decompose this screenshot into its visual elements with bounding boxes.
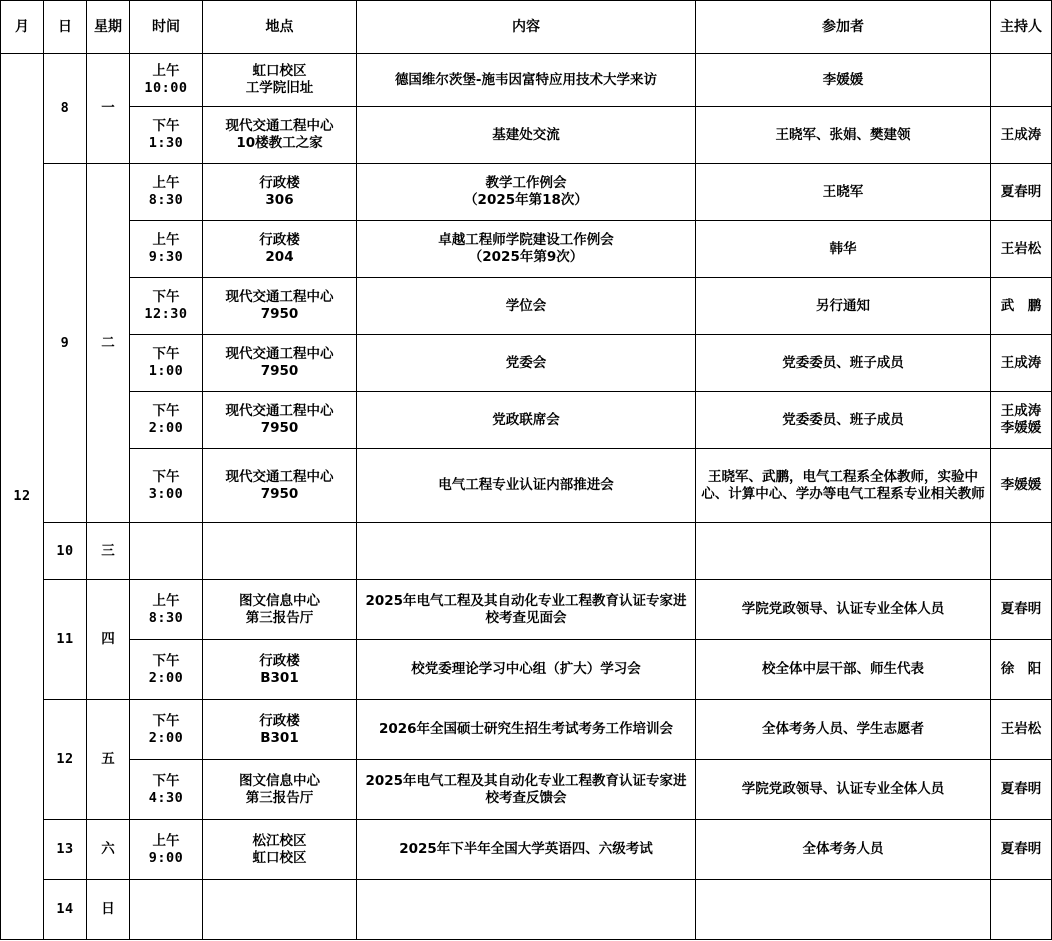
time-period: 上午 bbox=[132, 593, 200, 610]
weekday-value: 一 bbox=[101, 100, 115, 116]
host-value: 徐 阳 bbox=[993, 661, 1049, 678]
weekday-value: 五 bbox=[101, 751, 115, 767]
day-cell: 11 bbox=[44, 580, 87, 700]
location-value: 现代交通工程中心 10楼教工之家 bbox=[205, 118, 354, 152]
content-value: 2025年电气工程及其自动化专业工程教育认证专家进校考查见面会 bbox=[359, 593, 693, 627]
participants-cell: 王晓军、武鹏，电气工程系全体教师，实验中心、计算中心、学办等电气工程系专业相关教… bbox=[696, 449, 991, 523]
weekday-value: 二 bbox=[101, 335, 115, 351]
location-cell: 现代交通工程中心 7950 bbox=[203, 392, 357, 449]
table-row: 下午3:00现代交通工程中心 7950电气工程专业认证内部推进会王晓军、武鹏，电… bbox=[1, 449, 1052, 523]
content-cell: 2025年电气工程及其自动化专业工程教育认证专家进校考查反馈会 bbox=[357, 760, 696, 820]
participants-value: 校全体中层干部、师生代表 bbox=[698, 661, 988, 678]
content-value: 学位会 bbox=[359, 298, 693, 315]
table-row: 上午9:30行政楼 204卓越工程师学院建设工作例会 （2025年第9次）韩华王… bbox=[1, 221, 1052, 278]
time-period: 下午 bbox=[132, 469, 200, 486]
host-value: 王岩松 bbox=[993, 721, 1049, 738]
time-cell: 上午9:30 bbox=[130, 221, 203, 278]
participants-cell bbox=[696, 523, 991, 580]
day-value: 11 bbox=[56, 631, 73, 647]
location-value: 图文信息中心 第三报告厅 bbox=[205, 593, 354, 627]
time-period: 上午 bbox=[132, 63, 200, 80]
time-period: 下午 bbox=[132, 653, 200, 670]
content-value: 电气工程专业认证内部推进会 bbox=[359, 477, 693, 494]
time-cell: 下午3:00 bbox=[130, 449, 203, 523]
time-cell: 下午4:30 bbox=[130, 760, 203, 820]
day-value: 10 bbox=[56, 543, 73, 559]
time-value: 2:00 bbox=[132, 670, 200, 687]
content-cell: 2025年电气工程及其自动化专业工程教育认证专家进校考查见面会 bbox=[357, 580, 696, 640]
time-period: 上午 bbox=[132, 232, 200, 249]
participants-cell: 另行通知 bbox=[696, 278, 991, 335]
host-cell: 王成涛 李媛媛 bbox=[991, 392, 1052, 449]
participants-value: 学院党政领导、认证专业全体人员 bbox=[698, 601, 988, 618]
time-cell bbox=[130, 523, 203, 580]
location-cell: 行政楼 B301 bbox=[203, 640, 357, 700]
participants-cell: 王晓军 bbox=[696, 164, 991, 221]
time-value: 4:30 bbox=[132, 790, 200, 807]
weekday-cell: 二 bbox=[87, 164, 130, 523]
location-cell: 图文信息中心 第三报告厅 bbox=[203, 760, 357, 820]
host-cell: 夏春明 bbox=[991, 580, 1052, 640]
participants-cell: 党委委员、班子成员 bbox=[696, 392, 991, 449]
host-value: 王成涛 bbox=[993, 355, 1049, 372]
host-cell: 徐 阳 bbox=[991, 640, 1052, 700]
weekday-value: 六 bbox=[101, 841, 115, 857]
host-cell: 王成涛 bbox=[991, 107, 1052, 164]
time-cell: 上午8:30 bbox=[130, 580, 203, 640]
header-weekday: 星期 bbox=[87, 1, 130, 54]
header-participants: 参加者 bbox=[696, 1, 991, 54]
table-row: 下午2:00行政楼 B301校党委理论学习中心组（扩大）学习会校全体中层干部、师… bbox=[1, 640, 1052, 700]
participants-cell: 王晓军、张娟、樊建领 bbox=[696, 107, 991, 164]
day-cell: 8 bbox=[44, 54, 87, 164]
participants-cell: 党委委员、班子成员 bbox=[696, 335, 991, 392]
content-cell: 校党委理论学习中心组（扩大）学习会 bbox=[357, 640, 696, 700]
location-cell bbox=[203, 523, 357, 580]
time-value: 8:30 bbox=[132, 192, 200, 209]
table-row: 下午2:00现代交通工程中心 7950党政联席会党委委员、班子成员王成涛 李媛媛 bbox=[1, 392, 1052, 449]
participants-cell: 李媛媛 bbox=[696, 54, 991, 107]
content-cell: 电气工程专业认证内部推进会 bbox=[357, 449, 696, 523]
content-value: 教学工作例会 （2025年第18次） bbox=[359, 175, 693, 209]
content-cell: 党政联席会 bbox=[357, 392, 696, 449]
time-cell: 下午2:00 bbox=[130, 640, 203, 700]
day-cell: 13 bbox=[44, 820, 87, 880]
host-cell: 王岩松 bbox=[991, 221, 1052, 278]
time-period: 下午 bbox=[132, 118, 200, 135]
table-row: 下午4:30图文信息中心 第三报告厅2025年电气工程及其自动化专业工程教育认证… bbox=[1, 760, 1052, 820]
location-value: 现代交通工程中心 7950 bbox=[205, 403, 354, 437]
host-value: 王成涛 李媛媛 bbox=[993, 403, 1049, 437]
host-value: 李媛媛 bbox=[993, 477, 1049, 494]
content-cell: 党委会 bbox=[357, 335, 696, 392]
table-row: 13六上午9:00松江校区 虹口校区2025年下半年全国大学英语四、六级考试全体… bbox=[1, 820, 1052, 880]
host-cell: 夏春明 bbox=[991, 164, 1052, 221]
host-cell: 王岩松 bbox=[991, 700, 1052, 760]
host-cell: 李媛媛 bbox=[991, 449, 1052, 523]
header-time: 时间 bbox=[130, 1, 203, 54]
time-period: 下午 bbox=[132, 773, 200, 790]
time-cell: 下午12:30 bbox=[130, 278, 203, 335]
location-value: 行政楼 306 bbox=[205, 175, 354, 209]
participants-value: 另行通知 bbox=[698, 298, 988, 315]
content-value: 德国维尔茨堡-施韦因富特应用技术大学来访 bbox=[359, 72, 693, 89]
content-value: 2025年电气工程及其自动化专业工程教育认证专家进校考查反馈会 bbox=[359, 773, 693, 807]
day-value: 8 bbox=[61, 100, 70, 116]
content-value: 卓越工程师学院建设工作例会 （2025年第9次） bbox=[359, 232, 693, 266]
location-value: 现代交通工程中心 7950 bbox=[205, 469, 354, 503]
day-cell: 14 bbox=[44, 880, 87, 940]
host-cell: 夏春明 bbox=[991, 760, 1052, 820]
time-value: 8:30 bbox=[132, 610, 200, 627]
day-cell: 12 bbox=[44, 700, 87, 820]
content-value: 2026年全国硕士研究生招生考试考务工作培训会 bbox=[359, 721, 693, 738]
host-cell bbox=[991, 880, 1052, 940]
content-cell: 基建处交流 bbox=[357, 107, 696, 164]
participants-value: 全体考务人员、学生志愿者 bbox=[698, 721, 988, 738]
content-cell: 2025年下半年全国大学英语四、六级考试 bbox=[357, 820, 696, 880]
time-value: 9:00 bbox=[132, 850, 200, 867]
host-cell: 夏春明 bbox=[991, 820, 1052, 880]
table-row: 12五下午2:00行政楼 B3012026年全国硕士研究生招生考试考务工作培训会… bbox=[1, 700, 1052, 760]
table-row: 10三 bbox=[1, 523, 1052, 580]
host-cell bbox=[991, 523, 1052, 580]
participants-value: 王晓军、张娟、樊建领 bbox=[698, 127, 988, 144]
schedule-body: 128一上午10:00虹口校区 工学院旧址德国维尔茨堡-施韦因富特应用技术大学来… bbox=[1, 54, 1052, 940]
day-cell: 9 bbox=[44, 164, 87, 523]
participants-cell: 学院党政领导、认证专业全体人员 bbox=[696, 580, 991, 640]
time-cell: 下午2:00 bbox=[130, 700, 203, 760]
location-value: 图文信息中心 第三报告厅 bbox=[205, 773, 354, 807]
participants-value: 学院党政领导、认证专业全体人员 bbox=[698, 781, 988, 798]
host-cell: 王成涛 bbox=[991, 335, 1052, 392]
time-value: 1:00 bbox=[132, 363, 200, 380]
location-value: 行政楼 204 bbox=[205, 232, 354, 266]
host-value: 夏春明 bbox=[993, 184, 1049, 201]
month-cell: 12 bbox=[1, 54, 44, 940]
time-cell: 上午9:00 bbox=[130, 820, 203, 880]
table-row: 下午12:30现代交通工程中心 7950学位会另行通知武 鹏 bbox=[1, 278, 1052, 335]
time-value: 9:30 bbox=[132, 249, 200, 266]
time-period: 上午 bbox=[132, 175, 200, 192]
time-cell bbox=[130, 880, 203, 940]
table-row: 下午1:00现代交通工程中心 7950党委会党委委员、班子成员王成涛 bbox=[1, 335, 1052, 392]
weekday-cell: 六 bbox=[87, 820, 130, 880]
content-cell: 2026年全国硕士研究生招生考试考务工作培训会 bbox=[357, 700, 696, 760]
header-content: 内容 bbox=[357, 1, 696, 54]
time-period: 下午 bbox=[132, 289, 200, 306]
content-cell: 教学工作例会 （2025年第18次） bbox=[357, 164, 696, 221]
time-value: 3:00 bbox=[132, 486, 200, 503]
content-value: 党政联席会 bbox=[359, 412, 693, 429]
location-value: 松江校区 虹口校区 bbox=[205, 833, 354, 867]
content-value: 2025年下半年全国大学英语四、六级考试 bbox=[359, 841, 693, 858]
time-value: 1:30 bbox=[132, 135, 200, 152]
content-value: 校党委理论学习中心组（扩大）学习会 bbox=[359, 661, 693, 678]
table-row: 下午1:30现代交通工程中心 10楼教工之家基建处交流王晓军、张娟、樊建领王成涛 bbox=[1, 107, 1052, 164]
weekday-value: 日 bbox=[101, 901, 115, 917]
weekday-value: 三 bbox=[101, 543, 115, 559]
participants-cell: 全体考务人员、学生志愿者 bbox=[696, 700, 991, 760]
content-cell bbox=[357, 523, 696, 580]
host-value: 夏春明 bbox=[993, 601, 1049, 618]
participants-cell: 全体考务人员 bbox=[696, 820, 991, 880]
location-value: 虹口校区 工学院旧址 bbox=[205, 63, 354, 97]
table-row: 11四上午8:30图文信息中心 第三报告厅2025年电气工程及其自动化专业工程教… bbox=[1, 580, 1052, 640]
day-cell: 10 bbox=[44, 523, 87, 580]
header-location: 地点 bbox=[203, 1, 357, 54]
time-cell: 下午1:00 bbox=[130, 335, 203, 392]
content-value: 党委会 bbox=[359, 355, 693, 372]
location-value: 行政楼 B301 bbox=[205, 713, 354, 747]
table-row: 14日 bbox=[1, 880, 1052, 940]
day-value: 13 bbox=[56, 841, 73, 857]
day-value: 9 bbox=[61, 335, 70, 351]
table-row: 128一上午10:00虹口校区 工学院旧址德国维尔茨堡-施韦因富特应用技术大学来… bbox=[1, 54, 1052, 107]
location-value: 行政楼 B301 bbox=[205, 653, 354, 687]
table-row: 9二上午8:30行政楼 306教学工作例会 （2025年第18次）王晓军夏春明 bbox=[1, 164, 1052, 221]
location-value: 现代交通工程中心 7950 bbox=[205, 289, 354, 323]
participants-value: 韩华 bbox=[698, 241, 988, 258]
time-cell: 下午2:00 bbox=[130, 392, 203, 449]
day-value: 14 bbox=[56, 901, 73, 917]
weekday-cell: 五 bbox=[87, 700, 130, 820]
location-cell: 行政楼 B301 bbox=[203, 700, 357, 760]
participants-value: 全体考务人员 bbox=[698, 841, 988, 858]
time-period: 上午 bbox=[132, 833, 200, 850]
location-cell bbox=[203, 880, 357, 940]
time-cell: 下午1:30 bbox=[130, 107, 203, 164]
content-cell: 德国维尔茨堡-施韦因富特应用技术大学来访 bbox=[357, 54, 696, 107]
weekday-cell: 四 bbox=[87, 580, 130, 700]
weekday-cell: 日 bbox=[87, 880, 130, 940]
time-value: 12:30 bbox=[132, 306, 200, 323]
participants-value: 王晓军 bbox=[698, 184, 988, 201]
location-cell: 行政楼 306 bbox=[203, 164, 357, 221]
host-cell: 武 鹏 bbox=[991, 278, 1052, 335]
host-value: 王岩松 bbox=[993, 241, 1049, 258]
content-cell: 学位会 bbox=[357, 278, 696, 335]
participants-value: 王晓军、武鹏，电气工程系全体教师，实验中心、计算中心、学办等电气工程系专业相关教… bbox=[698, 469, 988, 503]
location-cell: 现代交通工程中心 10楼教工之家 bbox=[203, 107, 357, 164]
time-period: 下午 bbox=[132, 346, 200, 363]
host-value: 王成涛 bbox=[993, 127, 1049, 144]
participants-cell bbox=[696, 880, 991, 940]
content-cell bbox=[357, 880, 696, 940]
time-cell: 上午8:30 bbox=[130, 164, 203, 221]
location-cell: 行政楼 204 bbox=[203, 221, 357, 278]
participants-cell: 韩华 bbox=[696, 221, 991, 278]
month-value: 12 bbox=[13, 488, 30, 504]
host-value: 夏春明 bbox=[993, 781, 1049, 798]
content-cell: 卓越工程师学院建设工作例会 （2025年第9次） bbox=[357, 221, 696, 278]
time-value: 2:00 bbox=[132, 730, 200, 747]
participants-cell: 校全体中层干部、师生代表 bbox=[696, 640, 991, 700]
header-month: 月 bbox=[1, 1, 44, 54]
participants-value: 李媛媛 bbox=[698, 72, 988, 89]
header-row: 月 日 星期 时间 地点 内容 参加者 主持人 bbox=[1, 1, 1052, 54]
host-cell bbox=[991, 54, 1052, 107]
location-cell: 虹口校区 工学院旧址 bbox=[203, 54, 357, 107]
host-value: 夏春明 bbox=[993, 841, 1049, 858]
weekday-cell: 三 bbox=[87, 523, 130, 580]
header-host: 主持人 bbox=[991, 1, 1052, 54]
weekly-meeting-schedule-table: 月 日 星期 时间 地点 内容 参加者 主持人 128一上午10:00虹口校区 … bbox=[0, 0, 1052, 940]
time-period: 下午 bbox=[132, 403, 200, 420]
day-value: 12 bbox=[56, 751, 73, 767]
location-cell: 现代交通工程中心 7950 bbox=[203, 278, 357, 335]
location-value: 现代交通工程中心 7950 bbox=[205, 346, 354, 380]
location-cell: 图文信息中心 第三报告厅 bbox=[203, 580, 357, 640]
location-cell: 现代交通工程中心 7950 bbox=[203, 335, 357, 392]
participants-value: 党委委员、班子成员 bbox=[698, 355, 988, 372]
content-value: 基建处交流 bbox=[359, 127, 693, 144]
time-value: 2:00 bbox=[132, 420, 200, 437]
time-cell: 上午10:00 bbox=[130, 54, 203, 107]
time-value: 10:00 bbox=[132, 80, 200, 97]
time-period: 下午 bbox=[132, 713, 200, 730]
host-value: 武 鹏 bbox=[993, 298, 1049, 315]
participants-cell: 学院党政领导、认证专业全体人员 bbox=[696, 760, 991, 820]
header-day: 日 bbox=[44, 1, 87, 54]
location-cell: 现代交通工程中心 7950 bbox=[203, 449, 357, 523]
participants-value: 党委委员、班子成员 bbox=[698, 412, 988, 429]
weekday-value: 四 bbox=[101, 631, 115, 647]
location-cell: 松江校区 虹口校区 bbox=[203, 820, 357, 880]
weekday-cell: 一 bbox=[87, 54, 130, 164]
